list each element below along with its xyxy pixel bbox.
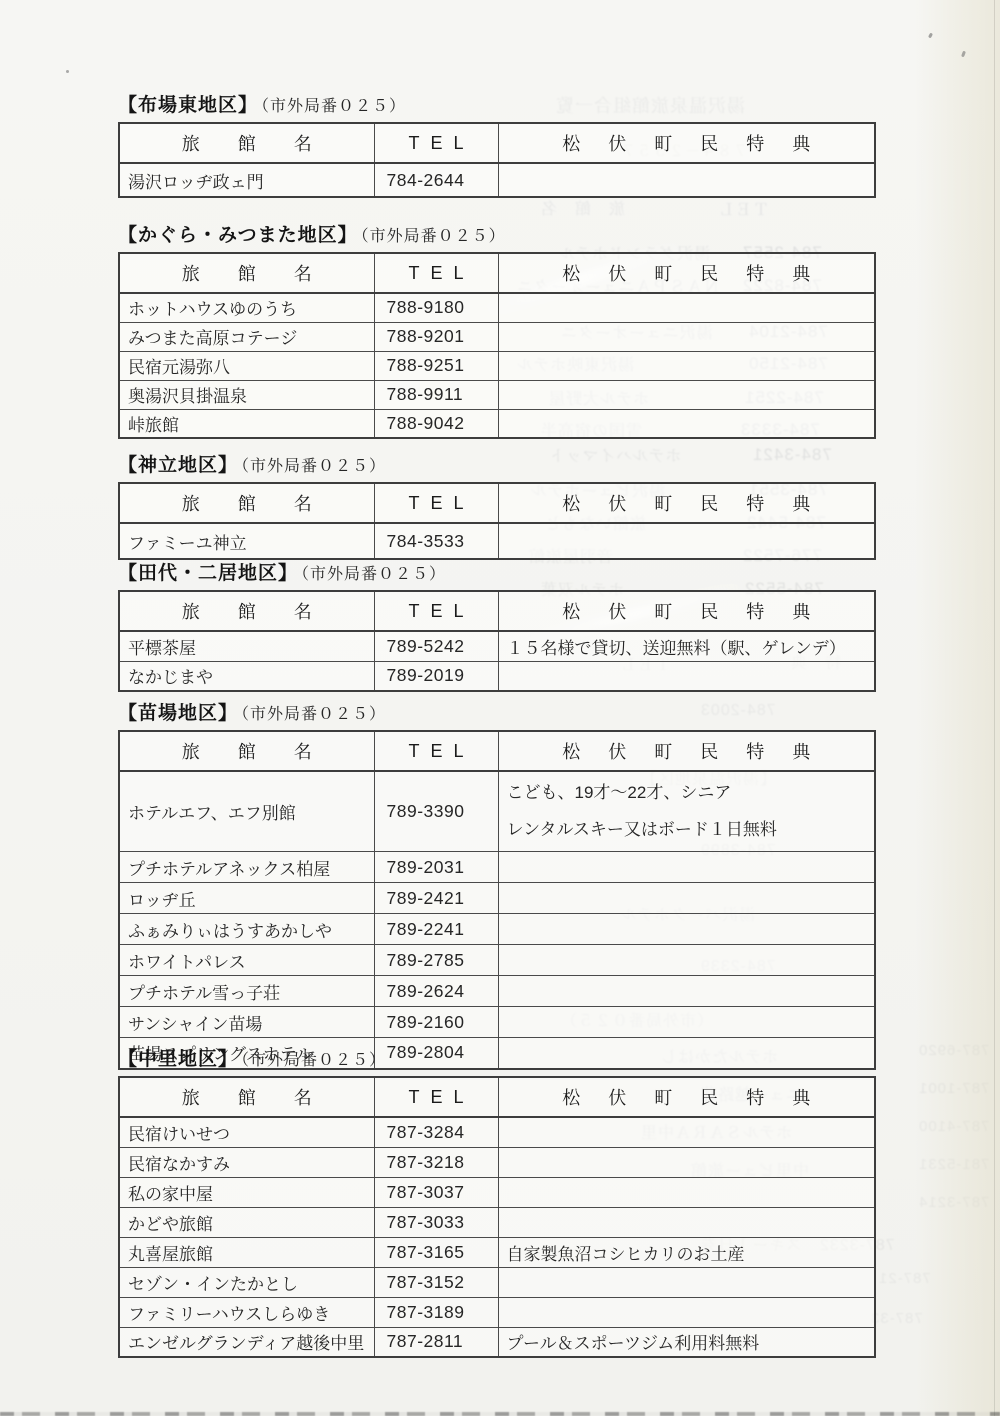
document-page: 湯沢温泉旅館組合一覧７８４－２５５７旅 館 名ＴＥＬ湯沢グランドホテル784-2… <box>0 0 1000 1416</box>
tel-cell: 787-3165 <box>374 1237 498 1267</box>
tel-cell: 787-3189 <box>374 1297 498 1327</box>
tel-cell: 787-3152 <box>374 1267 498 1297</box>
col-header-name: 旅館名 <box>119 483 374 523</box>
ryokan-name-cell: ファミーユ神立 <box>119 523 374 559</box>
area-code-note: （市外局番０２５） <box>241 706 386 723</box>
benefit-cell <box>498 852 875 883</box>
ryokan-name-cell: ホワイトパレス <box>119 945 374 976</box>
table-row: みつまた高原コテージ 788-9201 <box>119 322 875 351</box>
scan-yellow-band <box>915 0 1000 1416</box>
ryokan-table: 旅館名 TEL 松伏町民特典 ファミーユ神立 784-3533 <box>118 482 876 560</box>
ryokan-name-cell: みつまた高原コテージ <box>119 322 374 351</box>
ryokan-name-cell: ロッヂ丘 <box>119 883 374 914</box>
col-header-benefit: 松伏町民特典 <box>498 253 875 293</box>
ryokan-name-cell: 平標茶屋 <box>119 631 374 661</box>
district-section: 【かぐら・みつまた地区】（市外局番０２５） 旅館名 TEL 松伏町民特典 ホット… <box>118 220 874 439</box>
table-header-row: 旅館名 TEL 松伏町民特典 <box>119 253 875 293</box>
bleedthrough-text: ＴＥＬ <box>718 197 769 220</box>
col-header-name: 旅館名 <box>119 591 374 631</box>
tel-cell: 789-5242 <box>374 631 498 661</box>
col-header-tel: TEL <box>374 123 498 163</box>
table-row: なかじまや 789-2019 <box>119 661 875 691</box>
benefit-cell <box>498 1297 875 1327</box>
ryokan-name-cell: ホットハウスゆのうち <box>119 293 374 322</box>
ryokan-table: 旅館名 TEL 松伏町民特典 ホテルエフ、エフ別館 789-3390 こども、1… <box>118 730 876 1070</box>
section-heading: 【中里地区】（市外局番０２５） <box>118 1044 874 1071</box>
district-section: 【苗場地区】（市外局番０２５） 旅館名 TEL 松伏町民特典 ホテルエフ、エフ別… <box>118 698 874 1070</box>
table-row: 民宿なかすみ 787-3218 <box>119 1147 875 1177</box>
table-row: プチホテルアネックス柏屋 789-2031 <box>119 852 875 883</box>
tel-cell: 789-2785 <box>374 945 498 976</box>
ryokan-name-cell: 民宿なかすみ <box>119 1147 374 1177</box>
scan-speck <box>66 70 69 73</box>
ryokan-name-cell: かどや旅館 <box>119 1207 374 1237</box>
table-row: 奥湯沢貝掛温泉 788-9911 <box>119 380 875 409</box>
tel-cell: 788-9251 <box>374 351 498 380</box>
ryokan-name-cell: プチホテル雪っ子荘 <box>119 976 374 1007</box>
section-title: 【神立地区】 <box>118 455 238 476</box>
col-header-name: 旅館名 <box>119 731 374 771</box>
col-header-name: 旅館名 <box>119 1077 374 1117</box>
col-header-benefit: 松伏町民特典 <box>498 483 875 523</box>
tel-cell: 788-9911 <box>374 380 498 409</box>
ryokan-table: 旅館名 TEL 松伏町民特典 ホットハウスゆのうち 788-9180 みつまた高… <box>118 252 876 439</box>
tel-cell: 789-2019 <box>374 661 498 691</box>
tel-cell: 789-3390 <box>374 771 498 852</box>
col-header-tel: TEL <box>374 253 498 293</box>
table-row: 民宿けいせつ 787-3284 <box>119 1117 875 1147</box>
ryokan-name-cell: 湯沢ロッヂ政ェ門 <box>119 163 374 197</box>
table-row: プチホテル雪っ子荘 789-2624 <box>119 976 875 1007</box>
ryokan-name-cell: 峠旅館 <box>119 409 374 438</box>
area-code-note: （市外局番０２５） <box>241 458 386 475</box>
table-row: 平標茶屋 789-5242 １５名様で貸切、送迎無料（駅、ゲレンデ） <box>119 631 875 661</box>
ryokan-name-cell: 民宿元湯弥八 <box>119 351 374 380</box>
benefit-cell <box>498 293 875 322</box>
section-title: 【布場東地区】 <box>118 95 258 116</box>
table-header-row: 旅館名 TEL 松伏町民特典 <box>119 483 875 523</box>
section-heading: 【神立地区】（市外局番０２５） <box>118 450 874 477</box>
area-code-note: （市外局番０２５） <box>301 566 446 583</box>
tel-cell: 789-2031 <box>374 852 498 883</box>
table-row: かどや旅館 787-3033 <box>119 1207 875 1237</box>
ryokan-name-cell: 私の家中屋 <box>119 1177 374 1207</box>
district-section: 【布場東地区】（市外局番０２５） 旅館名 TEL 松伏町民特典 湯沢ロッヂ政ェ門… <box>118 90 874 198</box>
col-header-tel: TEL <box>374 483 498 523</box>
table-row: ファミーユ神立 784-3533 <box>119 523 875 559</box>
ryokan-name-cell: プチホテルアネックス柏屋 <box>119 852 374 883</box>
benefit-cell <box>498 1147 875 1177</box>
district-section: 【田代・二居地区】（市外局番０２５） 旅館名 TEL 松伏町民特典 平標茶屋 7… <box>118 558 874 692</box>
tel-cell: 787-3033 <box>374 1207 498 1237</box>
ryokan-name-cell: ファミリーハウスしらゆき <box>119 1297 374 1327</box>
table-header-row: 旅館名 TEL 松伏町民特典 <box>119 123 875 163</box>
tel-cell: 788-9042 <box>374 409 498 438</box>
benefit-cell <box>498 380 875 409</box>
col-header-tel: TEL <box>374 731 498 771</box>
section-title: 【かぐら・みつまた地区】 <box>118 225 358 246</box>
ryokan-name-cell: エンゼルグランディア越後中里 <box>119 1327 374 1357</box>
ryokan-name-cell: なかじまや <box>119 661 374 691</box>
table-row: セゾン・インたかとし 787-3152 <box>119 1267 875 1297</box>
benefit-cell <box>498 1007 875 1038</box>
ryokan-name-cell: ふぁみりぃはうすあかしや <box>119 914 374 945</box>
bleedthrough-text: 旅 館 名 <box>540 196 625 219</box>
tel-cell: 789-2421 <box>374 883 498 914</box>
benefit-cell <box>498 883 875 914</box>
table-header-row: 旅館名 TEL 松伏町民特典 <box>119 731 875 771</box>
table-row: ロッヂ丘 789-2421 <box>119 883 875 914</box>
section-heading: 【布場東地区】（市外局番０２５） <box>118 90 874 117</box>
ryokan-name-cell: 奥湯沢貝掛温泉 <box>119 380 374 409</box>
benefit-cell <box>498 409 875 438</box>
tel-cell: 787-3037 <box>374 1177 498 1207</box>
tel-cell: 787-3284 <box>374 1117 498 1147</box>
table-row: ホットハウスゆのうち 788-9180 <box>119 293 875 322</box>
table-row: ふぁみりぃはうすあかしや 789-2241 <box>119 914 875 945</box>
benefit-cell <box>498 322 875 351</box>
table-row: エンゼルグランディア越後中里 787-2811 プール＆スポーツジム利用料無料 <box>119 1327 875 1357</box>
district-section: 【中里地区】（市外局番０２５） 旅館名 TEL 松伏町民特典 民宿けいせつ 78… <box>118 1044 874 1358</box>
table-row: 民宿元湯弥八 788-9251 <box>119 351 875 380</box>
table-row: 私の家中屋 787-3037 <box>119 1177 875 1207</box>
benefit-cell: １５名様で貸切、送迎無料（駅、ゲレンデ） <box>498 631 875 661</box>
tel-cell: 788-9180 <box>374 293 498 322</box>
benefit-cell: 自家製魚沼コシヒカリのお土産 <box>498 1237 875 1267</box>
tel-cell: 789-2624 <box>374 976 498 1007</box>
ryokan-table: 旅館名 TEL 松伏町民特典 平標茶屋 789-5242 １５名様で貸切、送迎無… <box>118 590 876 692</box>
col-header-name: 旅館名 <box>119 253 374 293</box>
ryokan-table: 旅館名 TEL 松伏町民特典 湯沢ロッヂ政ェ門 784-2644 <box>118 122 876 198</box>
section-heading: 【かぐら・みつまた地区】（市外局番０２５） <box>118 220 874 247</box>
col-header-benefit: 松伏町民特典 <box>498 1077 875 1117</box>
benefit-cell <box>498 1267 875 1297</box>
ryokan-table: 旅館名 TEL 松伏町民特典 民宿けいせつ 787-3284 民宿なかすみ 78… <box>118 1076 876 1358</box>
table-header-row: 旅館名 TEL 松伏町民特典 <box>119 1077 875 1117</box>
section-heading: 【苗場地区】（市外局番０２５） <box>118 698 874 725</box>
table-row: ファミリーハウスしらゆき 787-3189 <box>119 1297 875 1327</box>
benefit-cell <box>498 1117 875 1147</box>
benefit-cell <box>498 1207 875 1237</box>
benefit-cell <box>498 1177 875 1207</box>
tel-cell: 787-2811 <box>374 1327 498 1357</box>
section-heading: 【田代・二居地区】（市外局番０２５） <box>118 558 874 585</box>
table-row: ホワイトパレス 789-2785 <box>119 945 875 976</box>
benefit-cell <box>498 163 875 197</box>
ryokan-name-cell: セゾン・インたかとし <box>119 1267 374 1297</box>
table-row: 峠旅館 788-9042 <box>119 409 875 438</box>
col-header-benefit: 松伏町民特典 <box>498 731 875 771</box>
col-header-tel: TEL <box>374 1077 498 1117</box>
benefit-cell: こども、19才～22才、シニア レンタルスキー又はボード１日無料 <box>498 771 875 852</box>
col-header-name: 旅館名 <box>119 123 374 163</box>
ryokan-name-cell: 民宿けいせつ <box>119 1117 374 1147</box>
section-title: 【中里地区】 <box>118 1049 238 1070</box>
area-code-note: （市外局番０２５） <box>241 1052 386 1069</box>
benefit-cell <box>498 661 875 691</box>
tel-cell: 788-9201 <box>374 322 498 351</box>
tel-cell: 787-3218 <box>374 1147 498 1177</box>
ryokan-name-cell: 丸喜屋旅館 <box>119 1237 374 1267</box>
benefit-cell <box>498 976 875 1007</box>
tel-cell: 789-2241 <box>374 914 498 945</box>
benefit-cell <box>498 945 875 976</box>
table-row: ホテルエフ、エフ別館 789-3390 こども、19才～22才、シニア レンタル… <box>119 771 875 852</box>
scan-bottom-edge-noise <box>0 1412 1000 1416</box>
scan-edge-line <box>994 0 995 1416</box>
ryokan-name-cell: ホテルエフ、エフ別館 <box>119 771 374 852</box>
benefit-cell <box>498 523 875 559</box>
benefit-cell <box>498 914 875 945</box>
table-row: サンシャイン苗場 789-2160 <box>119 1007 875 1038</box>
section-title: 【苗場地区】 <box>118 703 238 724</box>
ryokan-name-cell: サンシャイン苗場 <box>119 1007 374 1038</box>
benefit-cell <box>498 351 875 380</box>
section-title: 【田代・二居地区】 <box>118 563 298 584</box>
tel-cell: 784-2644 <box>374 163 498 197</box>
district-section: 【神立地区】（市外局番０２５） 旅館名 TEL 松伏町民特典 ファミーユ神立 7… <box>118 450 874 560</box>
tel-cell: 784-3533 <box>374 523 498 559</box>
col-header-benefit: 松伏町民特典 <box>498 591 875 631</box>
table-row: 丸喜屋旅館 787-3165 自家製魚沼コシヒカリのお土産 <box>119 1237 875 1267</box>
benefit-cell: プール＆スポーツジム利用料無料 <box>498 1327 875 1357</box>
table-row: 湯沢ロッヂ政ェ門 784-2644 <box>119 163 875 197</box>
tel-cell: 789-2160 <box>374 1007 498 1038</box>
table-header-row: 旅館名 TEL 松伏町民特典 <box>119 591 875 631</box>
area-code-note: （市外局番０２５） <box>361 228 506 245</box>
col-header-benefit: 松伏町民特典 <box>498 123 875 163</box>
col-header-tel: TEL <box>374 591 498 631</box>
area-code-note: （市外局番０２５） <box>261 98 406 115</box>
